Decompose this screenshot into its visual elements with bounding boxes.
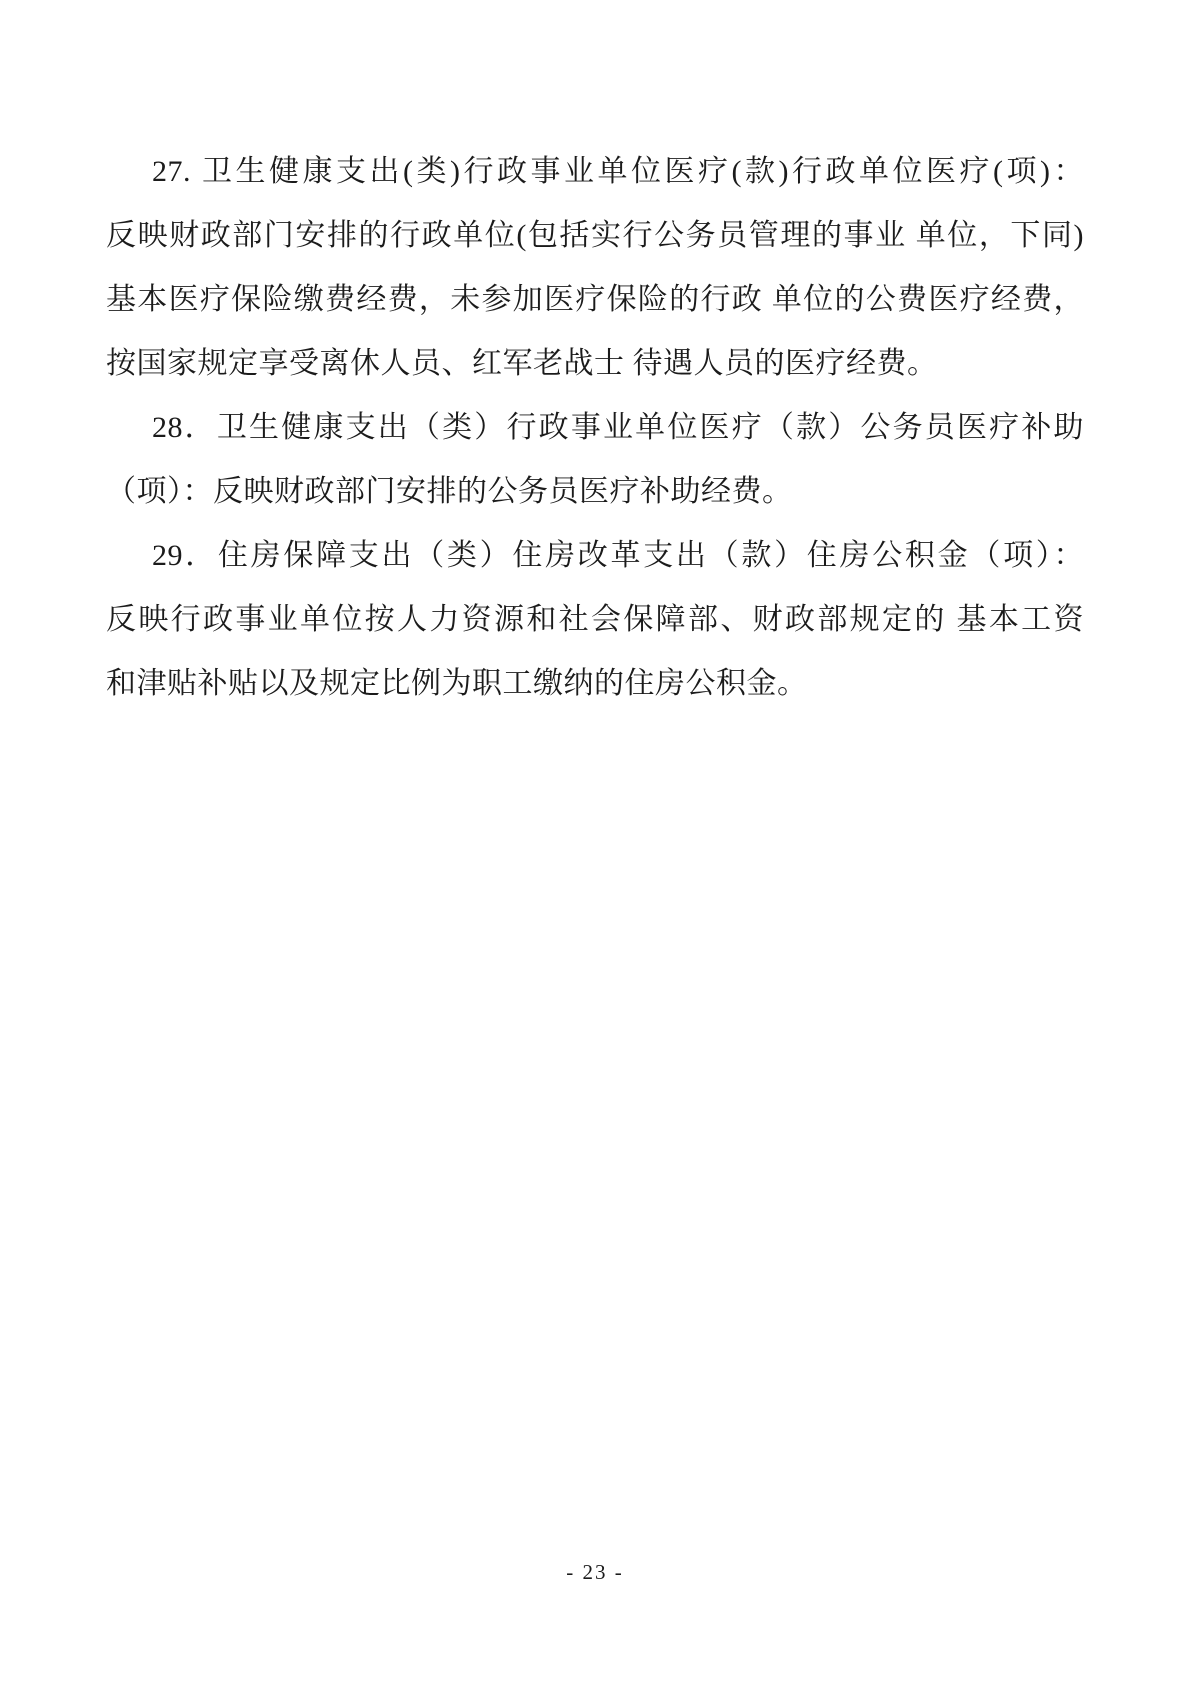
paragraph-27: 27. 卫生健康支出(类)行政事业单位医疗(款)行政单位医疗(项)： 反映财政部… [106, 140, 1084, 396]
paragraph-29: 29．住房保障支出（类）住房改革支出（款）住房公积金（项）： 反映行政事业单位按… [106, 524, 1084, 716]
document-page: 27. 卫生健康支出(类)行政事业单位医疗(款)行政单位医疗(项)： 反映财政部… [0, 0, 1190, 1683]
text-block: 27. 卫生健康支出(类)行政事业单位医疗(款)行政单位医疗(项)： 反映财政部… [106, 140, 1084, 716]
text-line: 基本医疗保险缴费经费，未参加医疗保险的行政 单位的公费医疗经费， [106, 268, 1084, 332]
paragraph-28: 28．卫生健康支出（类）行政事业单位医疗（款）公务员医疗补助 （项）：反映财政部… [106, 396, 1084, 524]
page-number: - 23 - [0, 1558, 1190, 1586]
text-line: 反映行政事业单位按人力资源和社会保障部、财政部规定的 基本工资 [106, 588, 1084, 652]
text-line: 29．住房保障支出（类）住房改革支出（款）住房公积金（项）： [106, 524, 1084, 588]
text-line: 和津贴补贴以及规定比例为职工缴纳的住房公积金。 [106, 652, 1084, 716]
text-line: 按国家规定享受离休人员、红军老战士 待遇人员的医疗经费。 [106, 332, 1084, 396]
text-line: 28．卫生健康支出（类）行政事业单位医疗（款）公务员医疗补助 [106, 396, 1084, 460]
text-line: （项）：反映财政部门安排的公务员医疗补助经费。 [106, 460, 1084, 524]
text-line: 27. 卫生健康支出(类)行政事业单位医疗(款)行政单位医疗(项)： [106, 140, 1084, 204]
text-line: 反映财政部门安排的行政单位(包括实行公务员管理的事业 单位，下同) [106, 204, 1084, 268]
